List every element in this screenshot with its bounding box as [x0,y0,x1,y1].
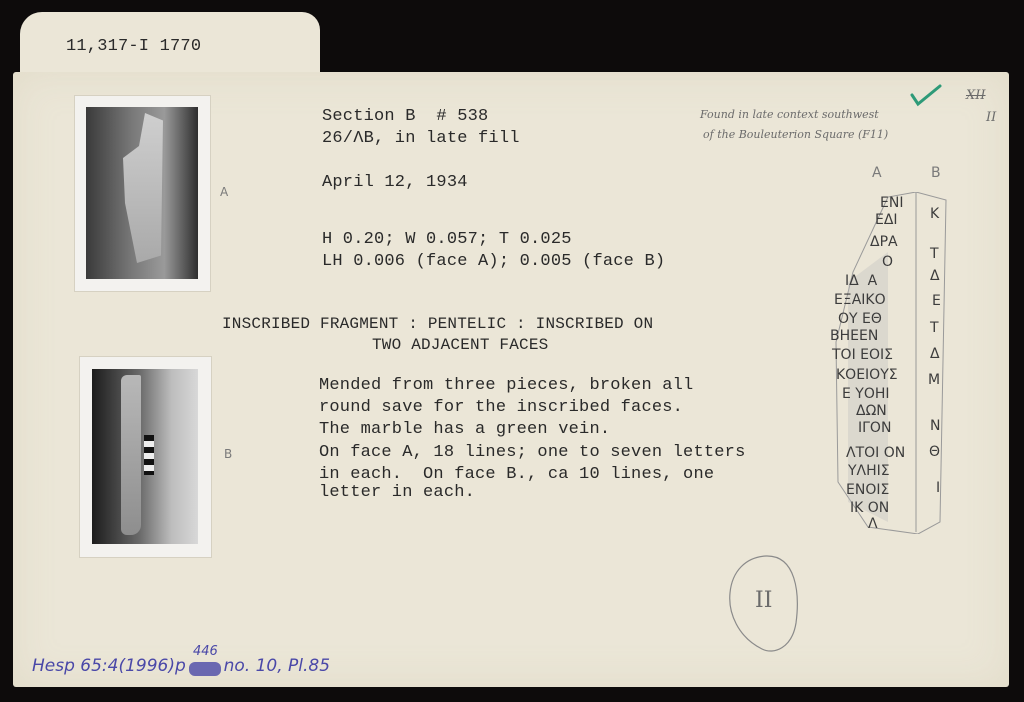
circled-numeral: II [755,588,772,613]
photo-face-b-image [92,369,198,544]
scale-bar [144,435,154,475]
drawing-line: ΔΡΑ [870,234,898,250]
page-correction: 446 [193,644,218,659]
section-line: Section B # 538 [322,107,488,126]
title-line-1: INSCRIBED FRAGMENT : PENTELIC : INSCRIBE… [222,315,653,333]
drawing-line: ΛΤΟΙ ΟΝ [846,445,905,461]
drawing-letter: Τ [930,246,939,262]
photo-face-b[interactable] [79,356,212,558]
drawing-line: ΕΝΙ [880,195,903,211]
description-line: letter in each. [319,483,475,502]
drawing-letter: Κ [930,206,939,222]
catalog-number: 11,317-I 1770 [66,37,201,56]
drawing-line: Ε ΥΟΗΙ [842,386,890,402]
drawing-line: Ο [882,254,893,270]
fragment-silhouette [121,375,141,535]
ink-blot [189,662,221,676]
description-line: The marble has a green vein. [319,420,610,439]
roman-numeral-current: II [986,110,996,125]
drawing-line: ΕΝΟΙΣ [846,482,889,498]
photo-label-a: A [220,185,228,199]
description-line: Mended from three pieces, broken all [319,376,693,395]
roman-numeral-struck: XII [966,88,986,103]
publication-reference: Hesp 65:4(1996)p no. 10, Pl.85 [32,656,330,676]
description-line: round save for the inscribed faces. [319,398,683,417]
photo-label-b: B [224,447,232,461]
drawing-letter: Ι [936,480,940,496]
dimensions-line: H 0.20; W 0.057; T 0.025 [322,230,572,249]
drawing-line: ΕΔΙ [875,212,898,228]
fragment-silhouette [123,113,163,263]
drawing-line: ΤΟΙ ΕΟΙΣ [832,347,893,363]
drawing-label-b: B [931,165,941,181]
drawing-line: Λ [868,516,878,532]
drawing-letter: Δ [930,346,940,362]
findspot-note-line-1: Found in late context southwest [700,108,879,121]
title-line-2: TWO ADJACENT FACES [372,336,548,354]
drawing-line: ΙΚ ΟΝ [850,500,889,516]
photo-face-a[interactable] [74,95,211,292]
findspot-note-line-2: of the Bouleuterion Square (F11) [703,128,888,141]
location-line: 26/ΛB, in late fill [322,129,520,148]
drawing-line: ΔΩΝ [856,403,887,419]
drawing-letter: Δ [930,268,940,284]
photo-face-a-image [86,107,198,279]
drawing-line: ΟΥ ΕΘ [838,311,882,327]
drawing-line: ΚΟΕΙΟΥΣ [836,367,898,383]
drawing-letter: Μ [928,372,940,388]
checkmark-icon [910,83,942,107]
drawing-letter: Τ [930,320,939,336]
drawing-line: ΕΞΑΙΚΟ [834,292,886,308]
drawing-label-a: A [872,165,882,181]
drawing-letter: Ε [932,293,941,309]
drawing-line: ΥΛΗΙΣ [848,463,890,479]
date-line: April 12, 1934 [322,173,468,192]
letter-height-line: LH 0.006 (face A); 0.005 (face B) [322,252,665,271]
description-line: in each. On face B., ca 10 lines, one [319,465,714,484]
drawing-line: ΙΔ Α [845,273,877,289]
drawing-line: ΙΓΟΝ [858,420,891,436]
drawing-letter: Ν [930,418,940,434]
drawing-letter: Θ [929,444,940,460]
drawing-line: ΒΗΕΕΝ [830,328,878,344]
description-line: On face A, 18 lines; one to seven letter… [319,443,745,462]
